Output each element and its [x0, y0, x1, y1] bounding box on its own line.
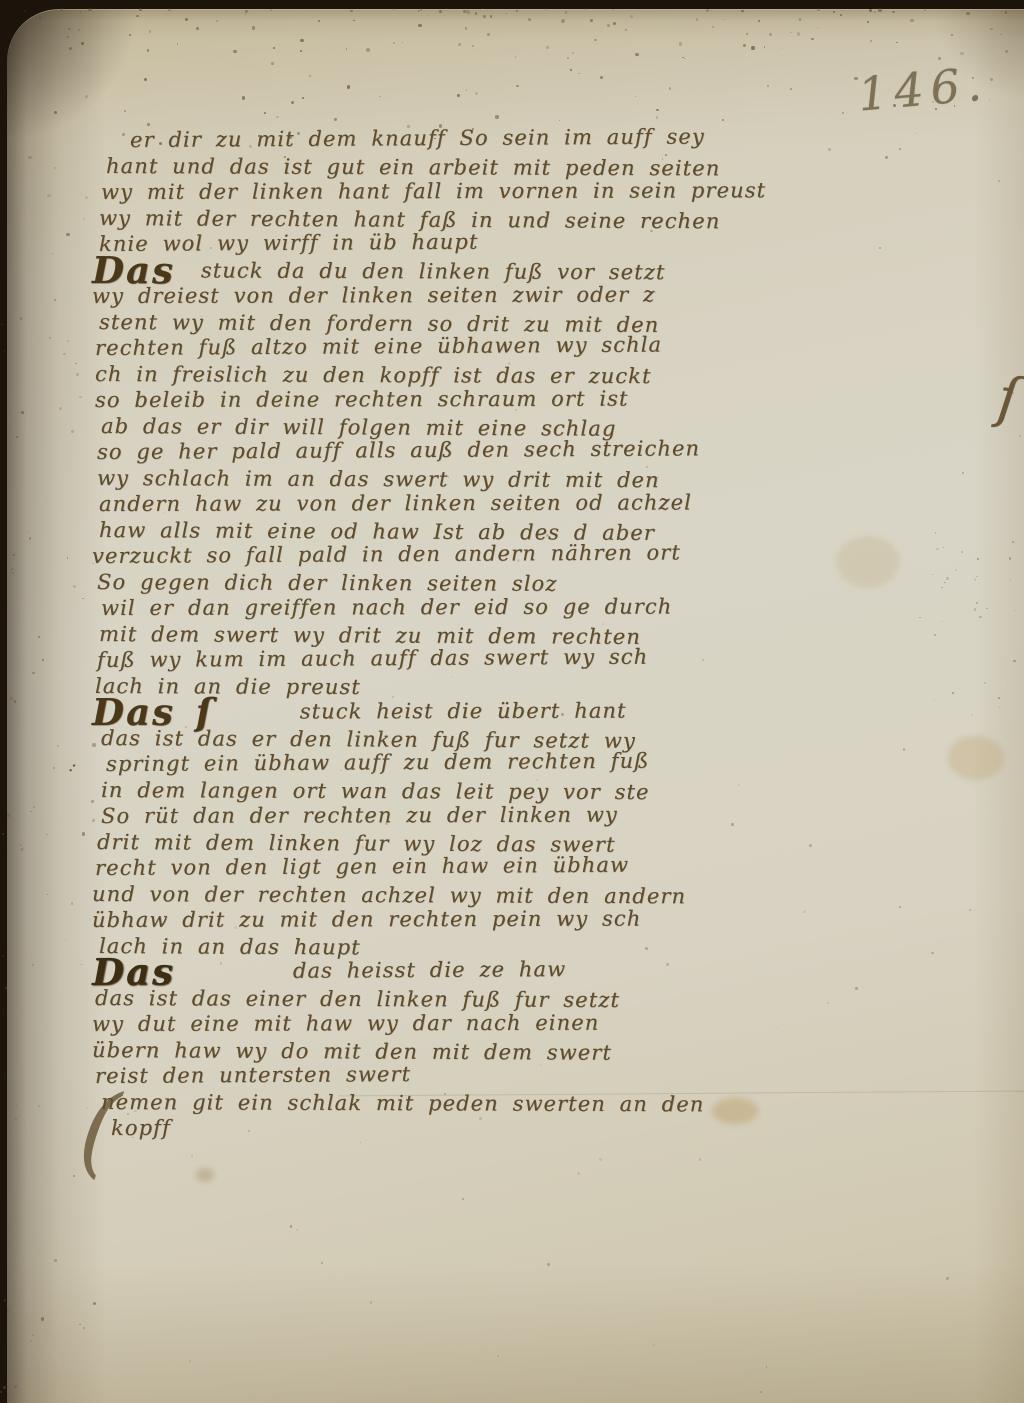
manuscript-line: wy dut eine mit haw wy dar nach einen: [92, 1009, 812, 1037]
manuscript-line: rechten fuß altzo mit eine übhawen wy sc…: [95, 331, 812, 361]
manuscript-line: verzuckt so fall pald in den andern nähr…: [92, 539, 812, 569]
manuscript-line: so beleib in deine rechten schraum ort i…: [95, 385, 812, 413]
manuscript-line-text: stuck heist die übert hant: [300, 699, 627, 724]
manuscript-line: fuß wy kum im auch auff das swert wy sch: [97, 643, 812, 673]
manuscript-line: übhaw drit zu mit den rechten pein wy sc…: [92, 905, 812, 933]
manuscript-line: er dir zu mit dem knauff So sein im auff…: [130, 123, 812, 153]
manuscript-line-text: stuck da du den linken fuß vor setzt: [201, 258, 666, 284]
manuscript-scan: 146. : ( ſ er dir zu mit dem knauff So s…: [0, 0, 1024, 1403]
folio-number: 146.: [856, 56, 991, 121]
manuscript-line: wy mit der linken hant fall im vornen in…: [101, 177, 812, 205]
manuscript-line: so ge her pald auff alls auß den sech st…: [97, 435, 812, 465]
manuscript-line-text: das heisst die ze haw: [293, 957, 566, 983]
manuscript-line: reist den untersten swert: [95, 1059, 812, 1089]
manuscript-line: wy dreiest von der linken seiten zwir od…: [92, 281, 812, 309]
manuscript-line: So rüt dan der rechten zu der linken wy: [101, 801, 812, 829]
manuscript-line: wil er dan greiffen nach der eid so ge d…: [101, 593, 812, 621]
manuscript-line: knie wol wy wirff in üb haupt: [99, 227, 812, 257]
manuscript-line: andern haw zu von der linken seiten od a…: [99, 489, 812, 517]
manuscript-line: kopff: [111, 1113, 812, 1141]
manuscript-line: recht von den ligt gen ein haw ein übhaw: [95, 851, 812, 881]
manuscript-line: springt ein übhaw auff zu dem rechten fu…: [106, 747, 812, 777]
manuscript-text-block: er dir zu mit dem knauff So sein im auff…: [92, 127, 812, 1141]
manuscript-line: Dasdas heisst die ze haw: [92, 955, 812, 985]
manuscript-line: Das ſstuck heist die übert hant: [92, 697, 812, 725]
